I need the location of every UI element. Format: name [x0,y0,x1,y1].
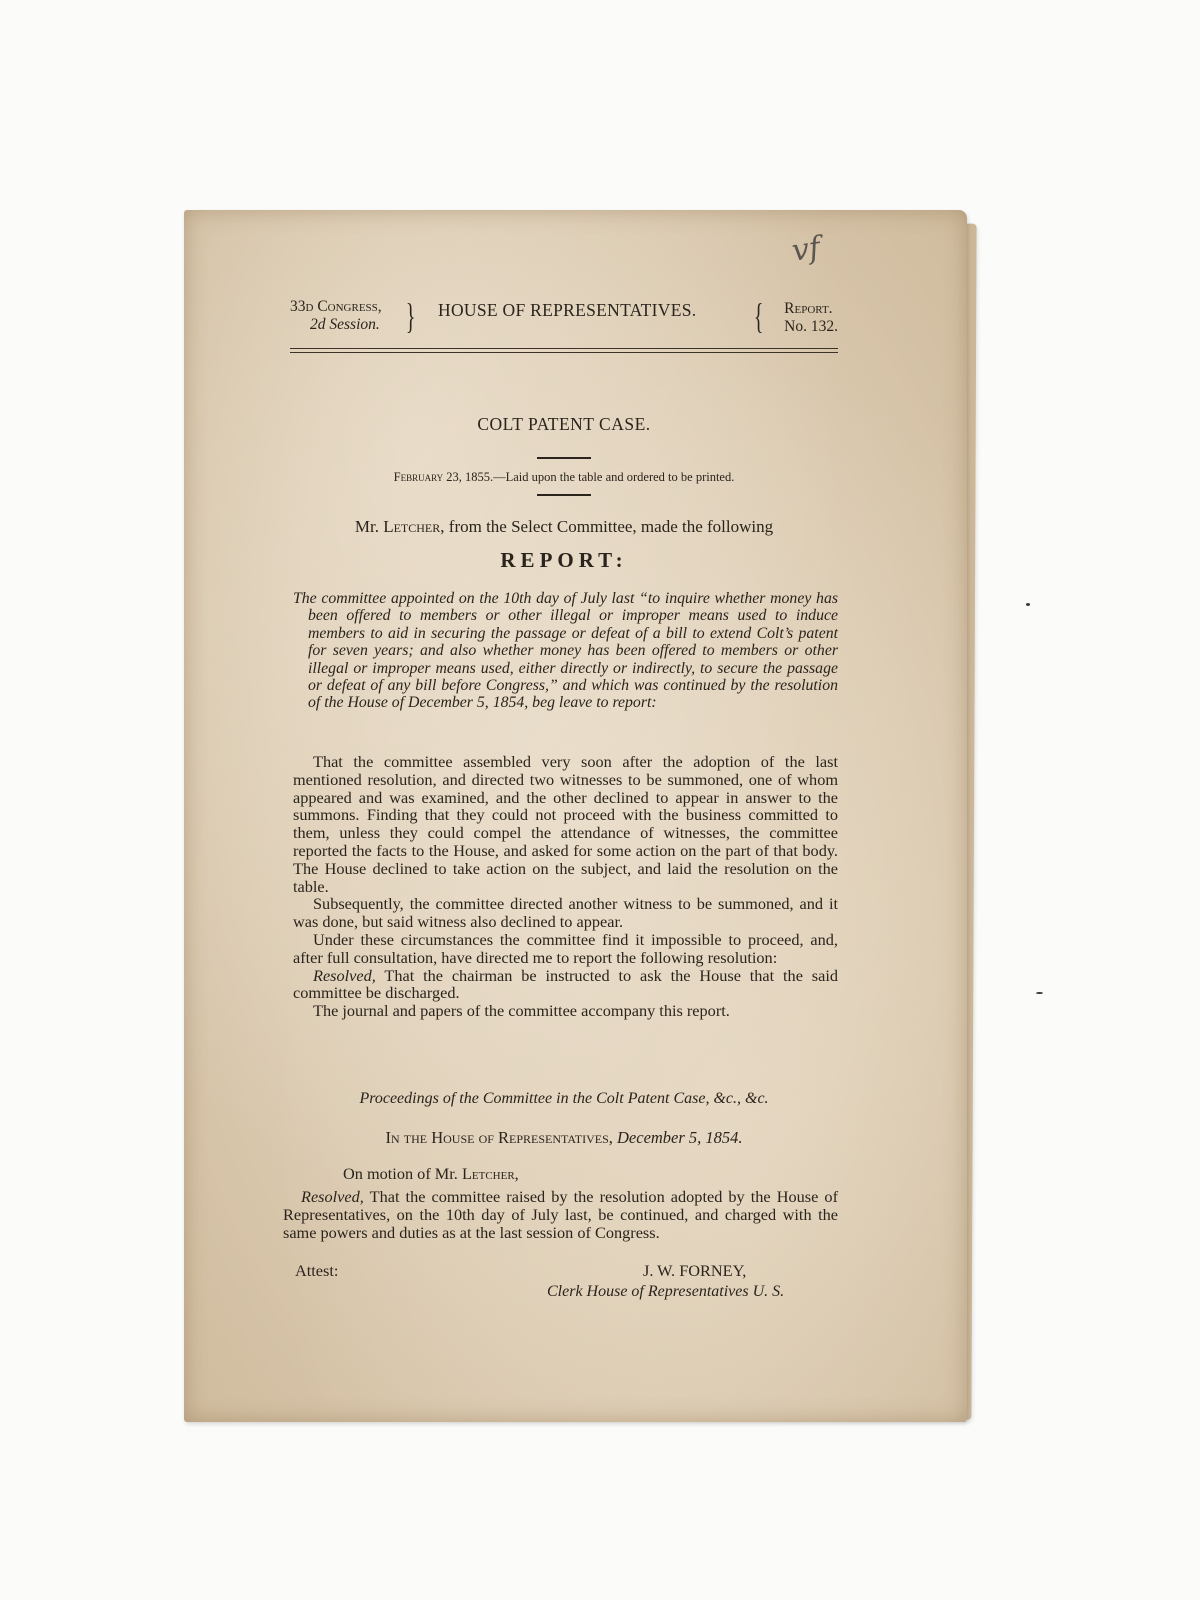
in-house-line: In the House of Representatives, Decembe… [290,1128,838,1148]
report-heading: REPORT: [290,548,838,573]
congress-session: 33d Congress, 2d Session. [290,298,382,334]
report-number: No. 132. [784,318,838,336]
clerk-title: Clerk House of Representatives U. S. [547,1283,784,1301]
document-title: COLT PATENT CASE. [290,414,838,435]
chamber-title: HOUSE OF REPRESENTATIVES. [438,300,696,321]
body-paragraph: Under these circumstances the committee … [293,931,838,967]
committee-charge-paragraph: The committee appointed on the 10th day … [293,590,838,712]
report-label: Report. [784,300,838,318]
motion-name: Letcher, [462,1164,519,1183]
resolution2-text: That the committee raised by the resolut… [283,1187,838,1242]
intro-rest: , from the Select Committee, made the fo… [440,517,773,536]
congress-label: 33d Congress, [290,298,382,316]
body-paragraph: That the committee assembled very soon a… [293,753,838,895]
short-rule-bottom [537,494,591,496]
intro-line: Mr. Letcher, from the Select Committee, … [290,517,838,537]
background-speck [1026,603,1030,606]
dateline-date: February 23, 1855. [394,470,493,484]
background-speck [1036,992,1043,994]
closing-paragraph: The journal and papers of the committee … [293,1002,838,1020]
intro-prefix: Mr. [355,517,379,536]
dateline: February 23, 1855.—Laid upon the table a… [290,470,838,485]
short-rule-top [537,457,591,459]
header-double-rule [290,348,838,353]
resolution-paragraph: Resolved, That the chairman be instructe… [293,967,838,1003]
motion-prefix: On motion of Mr. [343,1164,458,1183]
report-number-block: Report. No. 132. [784,300,838,336]
intro-name: Letcher [383,517,440,536]
resolution-label: Resolved, [313,966,376,985]
second-resolution: Resolved, That the committee raised by t… [283,1188,838,1241]
document-header: 33d Congress, 2d Session. } HOUSE OF REP… [290,298,838,348]
dateline-note: —Laid upon the table and ordered to be p… [493,470,734,484]
proceedings-heading: Proceedings of the Committee in the Colt… [290,1090,838,1108]
right-brace-icon: } [406,298,416,334]
in-house-date: December 5, 1854. [617,1128,743,1147]
body-paragraph: Subsequently, the committee directed ano… [293,895,838,931]
left-brace-icon: { [754,298,764,334]
attest-label: Attest: [295,1262,338,1280]
in-house-prefix: In the House of Representatives, [385,1128,612,1147]
resolution2-label: Resolved, [301,1187,364,1206]
attest-name: J. W. FORNEY, [643,1262,746,1280]
motion-line: On motion of Mr. Letcher, [283,1165,898,1183]
report-body: That the committee assembled very soon a… [293,753,838,1020]
handwritten-annotation: vf [790,230,823,269]
session-label: 2d Session. [290,316,382,334]
italic-paragraph-text: The committee appointed on the 10th day … [293,590,838,712]
